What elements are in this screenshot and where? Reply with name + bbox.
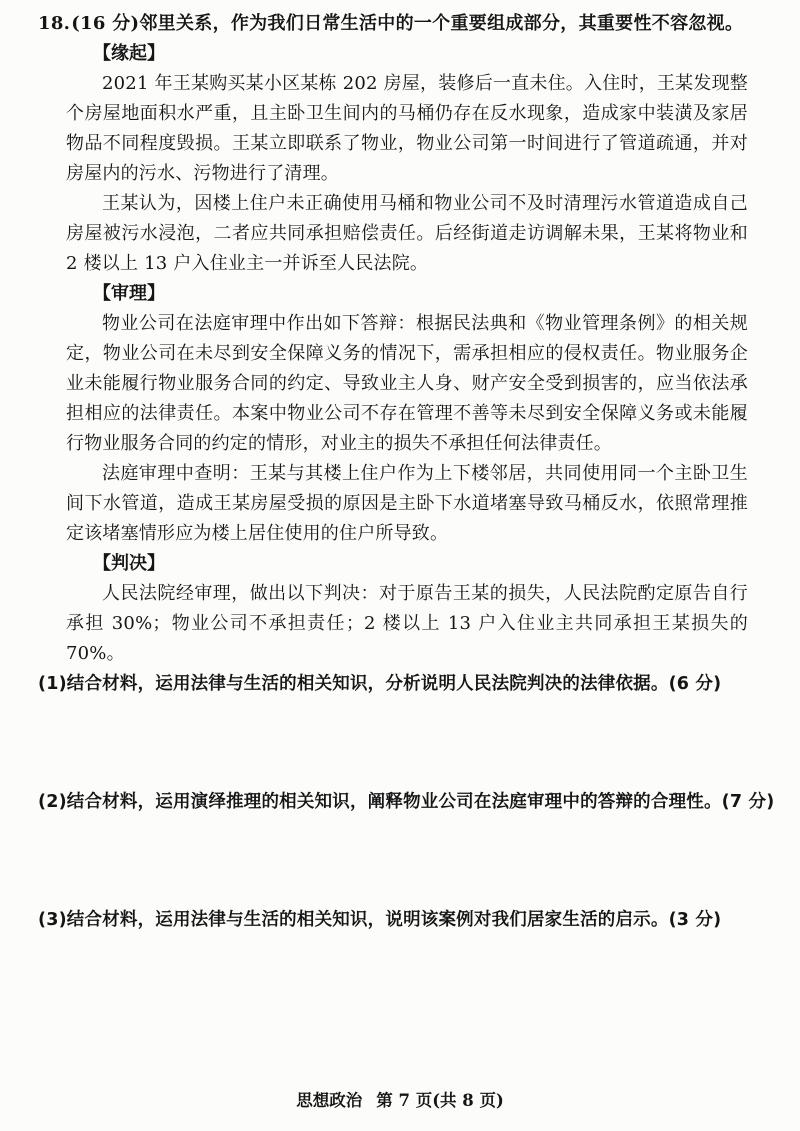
- question-material: 【缘起】 2021 年王某购买某小区某栋 202 房屋，装修后一直未住。入住时，…: [66, 39, 748, 669]
- section-title-trial: 【审理】: [66, 279, 748, 309]
- paragraph-trial-1: 物业公司在法庭审理中作出如下答辩：根据民法典和《物业管理条例》的相关规定，物业公…: [66, 309, 748, 459]
- footer-page-number: 第 7 页(共 8 页): [376, 1091, 504, 1110]
- subquestion-2: (2)结合材料，运用演绎推理的相关知识，阐释物业公司在法庭审理中的答辩的合理性。…: [38, 787, 748, 817]
- paragraph-origin-2: 王某认为，因楼上住户未正确使用马桶和物业公司不及时清理污水管道造成自己房屋被污水…: [66, 189, 748, 279]
- paragraph-trial-2: 法庭审理中查明：王某与其楼上住户作为上下楼邻居，共同使用同一个主卧卫生间下水管道…: [66, 459, 748, 549]
- paragraph-verdict-1: 人民法院经审理，做出以下判决：对于原告王某的损失，人民法院酌定原告自行承担 30…: [66, 579, 748, 669]
- page-footer: 思想政治第 7 页(共 8 页): [0, 1091, 800, 1111]
- question-intro: (16 分)邻里关系，作为我们日常生活中的一个重要组成部分，其重要性不容忽视。: [71, 13, 743, 34]
- footer-subject: 思想政治: [296, 1091, 362, 1110]
- section-title-origin: 【缘起】: [66, 39, 748, 69]
- section-title-verdict: 【判决】: [66, 549, 748, 579]
- question-number: 18.: [38, 13, 71, 34]
- question-heading: 18.(16 分)邻里关系，作为我们日常生活中的一个重要组成部分，其重要性不容忽…: [38, 9, 748, 39]
- subquestion-1: (1)结合材料，运用法律与生活的相关知识，分析说明人民法院判决的法律依据。(6 …: [38, 669, 748, 699]
- subquestion-3: (3)结合材料，运用法律与生活的相关知识，说明该案例对我们居家生活的启示。(3 …: [38, 905, 748, 935]
- exam-page: 18.(16 分)邻里关系，作为我们日常生活中的一个重要组成部分，其重要性不容忽…: [0, 0, 800, 1131]
- paragraph-origin-1: 2021 年王某购买某小区某栋 202 房屋，装修后一直未住。入住时，王某发现整…: [66, 69, 748, 189]
